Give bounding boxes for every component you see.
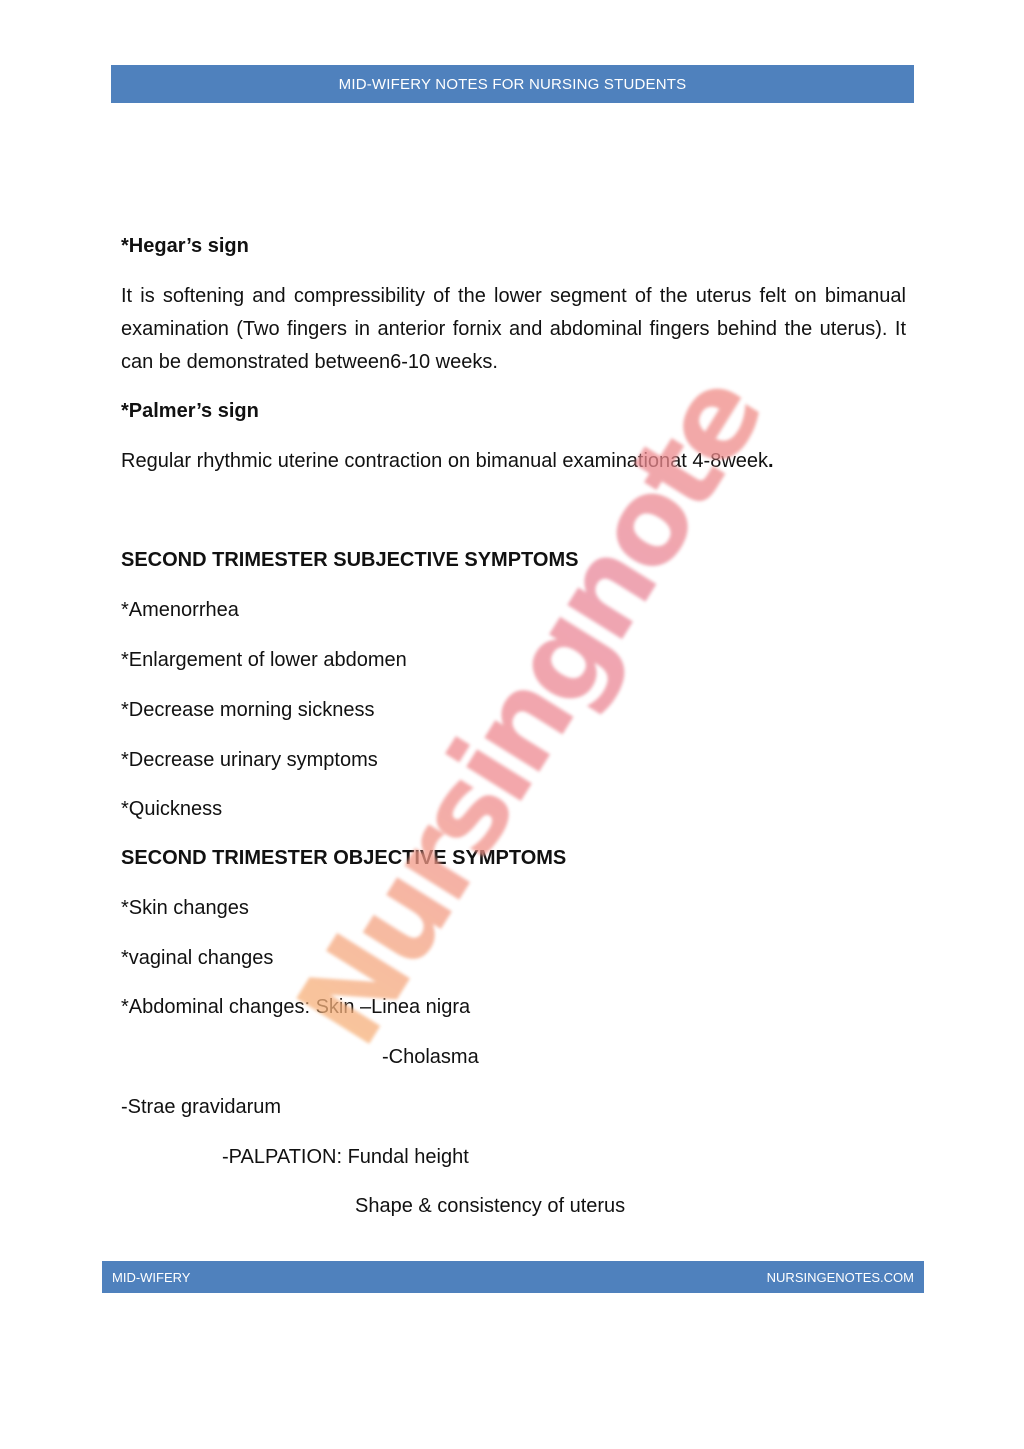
list-item: *Quickness xyxy=(121,797,222,821)
list-sub-item: -Cholasma xyxy=(382,1045,479,1069)
list-sub-item: Shape & consistency of uterus xyxy=(355,1194,625,1218)
palmer-sign-body: Regular rhythmic uterine contraction on … xyxy=(121,449,774,473)
list-item: *Decrease morning sickness xyxy=(121,698,374,722)
subjective-symptoms-heading: SECOND TRIMESTER SUBJECTIVE SYMPTOMS xyxy=(121,548,578,572)
list-item: *Abdominal changes: Skin –Linea nigra xyxy=(121,995,470,1019)
list-item: *Skin changes xyxy=(121,896,249,920)
list-item: *Enlargement of lower abdomen xyxy=(121,648,407,672)
list-sub-item: -PALPATION: Fundal height xyxy=(222,1145,469,1169)
header-title: MID-WIFERY NOTES FOR NURSING STUDENTS xyxy=(339,76,687,93)
list-item: *vaginal changes xyxy=(121,946,273,970)
list-item: *Decrease urinary symptoms xyxy=(121,748,378,772)
page-footer: MID-WIFERY NURSINGENOTES.COM xyxy=(102,1261,924,1293)
hegar-sign-body: It is softening and compressibility of t… xyxy=(121,280,906,379)
footer-left: MID-WIFERY xyxy=(112,1270,190,1285)
page-header: MID-WIFERY NOTES FOR NURSING STUDENTS xyxy=(111,65,914,103)
palmer-sign-heading: *Palmer’s sign xyxy=(121,399,259,423)
hegar-sign-heading: *Hegar’s sign xyxy=(121,234,249,258)
objective-symptoms-heading: SECOND TRIMESTER OBJECTIVE SYMPTOMS xyxy=(121,846,566,870)
list-item: *Amenorrhea xyxy=(121,598,239,622)
footer-right: NURSINGENOTES.COM xyxy=(767,1270,914,1285)
list-sub-item: -Strae gravidarum xyxy=(121,1095,281,1119)
